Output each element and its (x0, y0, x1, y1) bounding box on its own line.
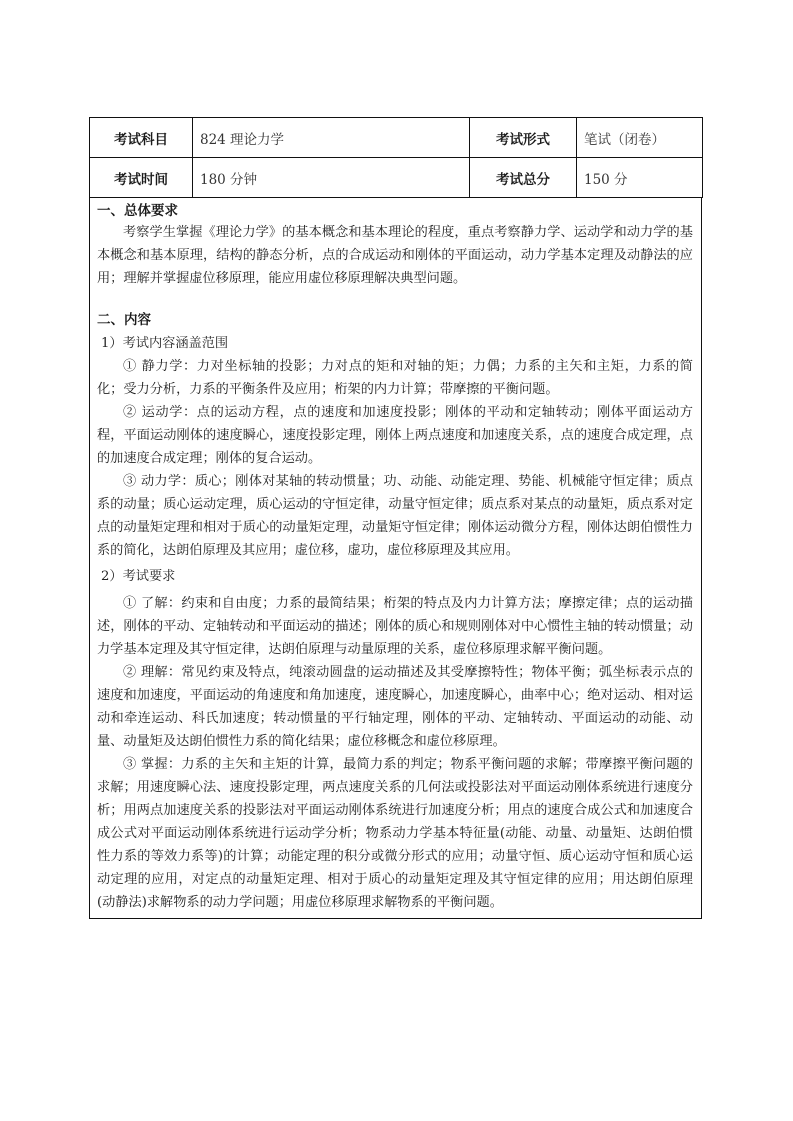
syllabus-body: 一、总体要求 考察学生掌握《理论力学》的基本概念和基本理论的程度，重点考察静力学… (89, 198, 702, 919)
total-score-value: 150 分 (577, 158, 703, 198)
coverage-item-dynamics: ③ 动力学：质心；刚体对某轴的转动惯量；功、动能、动能定理、势能、机械能守恒定律… (97, 470, 693, 562)
requirement-item-understand: ② 理解：常见约束及特点，纯滚动圆盘的运动描述及其受摩擦特性；物体平衡；弧坐标表… (97, 661, 693, 753)
spacer (97, 290, 693, 310)
coverage-item-kinematics: ② 运动学：点的运动方程，点的速度和加速度投影；刚体的平动和定轴转动；刚体平面运… (97, 401, 693, 470)
section-general-title: 一、总体要求 (97, 201, 693, 221)
duration-value: 180 分钟 (193, 158, 470, 198)
total-score-label: 考试总分 (470, 158, 577, 198)
exam-info-table: 考试科目 824 理论力学 考试形式 笔试（闭卷） 考试时间 180 分钟 考试… (89, 117, 703, 198)
format-label: 考试形式 (470, 118, 577, 158)
requirement-item-know: ① 了解：约束和自由度；力系的最简结果；桁架的特点及内力计算方法；摩擦定律；点的… (97, 592, 693, 661)
format-value: 笔试（闭卷） (577, 118, 703, 158)
coverage-item-statics: ① 静力学：力对坐标轴的投影；力对点的矩和对轴的矩；力偶；力系的主矢和主矩，力系… (97, 355, 693, 401)
subject-value: 824 理论力学 (193, 118, 470, 158)
section-general-text: 考察学生掌握《理论力学》的基本概念和基本理论的程度，重点考察静力学、运动学和动力… (97, 221, 693, 290)
requirement-item-master: ③ 掌握：力系的主矢和主矩的计算，最简力系的判定；物系平衡问题的求解；带摩擦平衡… (97, 753, 693, 914)
requirements-title: 2）考试要求 (97, 565, 693, 588)
coverage-title: 1）考试内容涵盖范围 (97, 332, 693, 355)
exam-info-row: 考试科目 824 理论力学 考试形式 笔试（闭卷） (90, 118, 703, 158)
exam-info-row: 考试时间 180 分钟 考试总分 150 分 (90, 158, 703, 198)
exam-syllabus-document: 考试科目 824 理论力学 考试形式 笔试（闭卷） 考试时间 180 分钟 考试… (89, 117, 702, 919)
subject-label: 考试科目 (90, 118, 193, 158)
duration-label: 考试时间 (90, 158, 193, 198)
section-content-title: 二、内容 (97, 310, 693, 330)
